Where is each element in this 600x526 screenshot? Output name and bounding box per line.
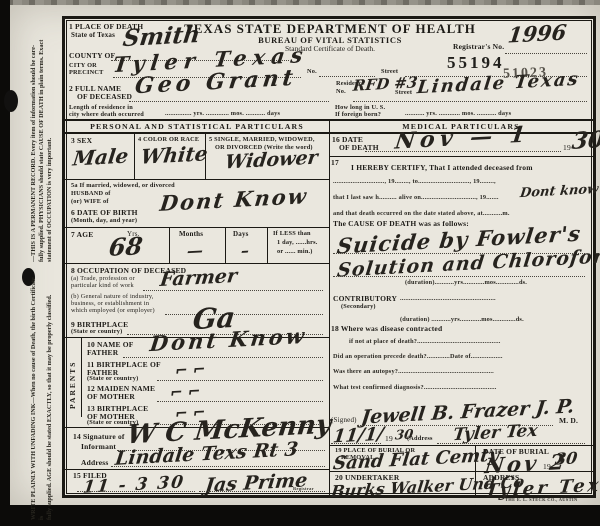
age-months-label: Months <box>179 231 203 238</box>
parents-vertical-label: PARENTS <box>68 349 77 409</box>
blank-line <box>129 100 329 102</box>
blank-line <box>437 442 585 444</box>
test-line: What test confirmed diagnosis?..........… <box>333 385 497 391</box>
if-married-label: 5a If married, widowed, or divorced <box>71 183 175 189</box>
informant-label: Informant <box>81 443 116 451</box>
age-days-label: Days <box>233 231 249 238</box>
certify-number: 17 <box>331 159 339 167</box>
death-occurred-line: and that death occurred on the date stat… <box>333 211 510 217</box>
md-label: M. D. <box>559 417 578 425</box>
signature-of-label: 14 Signature of <box>73 433 125 441</box>
burial-year-prefix: 19 <box>543 463 551 471</box>
signed-year-prefix: 19 <box>385 435 393 443</box>
blank-line <box>165 313 323 315</box>
father-name-label2: FATHER <box>87 349 118 357</box>
file-number-stamp: 55194 <box>447 54 505 71</box>
certify-text: I HEREBY CERTIFY, That I attended deceas… <box>351 164 533 172</box>
marital-handwritten: Widower <box>224 149 319 173</box>
sex-handwritten: Male <box>72 145 130 168</box>
scan-edge-bottom <box>0 505 600 526</box>
date-of-death-handwritten: Nov — 1 <box>394 123 532 152</box>
signed-label: (Signed) <box>331 417 357 424</box>
margin-note-top: —THIS IS A PERMANENT RECORD. Every item … <box>30 27 53 262</box>
age-label: 7 AGE <box>71 231 93 239</box>
wife-of-label: (or) WIFE of <box>71 199 109 205</box>
dob-label: 6 DATE OF BIRTH <box>71 209 138 217</box>
length-residence-label2: city where death occurred <box>69 112 144 118</box>
duration-blanks: (duration)...........yrs............mos.… <box>405 280 527 286</box>
dob-handwritten: Dont Know <box>159 185 310 214</box>
mother-maiden-label2: OF MOTHER <box>87 393 135 401</box>
blank-line <box>331 442 381 444</box>
cell-divider <box>267 227 268 263</box>
certificate-form: 1 PLACE OF DEATH State of Texas Smith TE… <box>62 16 596 498</box>
blank-line <box>353 100 587 102</box>
filed-date-handwritten: 11 - 3 30 <box>82 474 186 496</box>
margin-note-bottom: WRITE PLAINLY WITH UNFADING INK—When no … <box>30 275 53 520</box>
address-paren-label: (Address <box>407 436 433 442</box>
cell-divider <box>169 227 170 263</box>
operation-line: Did an operation precede death?.........… <box>333 354 503 360</box>
blank-line <box>77 490 195 492</box>
personal-section-title: PERSONAL AND STATISTICAL PARTICULARS <box>65 122 329 131</box>
scanned-death-certificate: —THIS IS A PERMANENT RECORD. Every item … <box>0 0 600 526</box>
cause-of-death-label: The CAUSE OF DEATH was as follows: <box>333 220 469 228</box>
deceased-name-handwritten: Geo Grant <box>134 67 298 98</box>
father-birthplace-ditto: ⌐ ⌐ <box>174 362 206 379</box>
row-rule <box>329 471 593 472</box>
blank-line <box>111 465 325 467</box>
registrar-no-handwritten: 1996 <box>507 21 568 45</box>
if-less-label3: or ...... min.) <box>277 249 313 255</box>
dob-sub-label: (Month, day, and year) <box>71 218 137 224</box>
blank-line <box>365 150 561 152</box>
duration2-blanks: (duration) ...........yrs............mos… <box>400 317 524 323</box>
blank-line <box>199 490 325 492</box>
certify-dates-blanks: ............................., 19.......… <box>333 179 496 185</box>
full-name-label2: OF DECEASED <box>77 93 132 101</box>
marital-label: 5 SINGLE, MARRIED, WIDOWED, <box>209 137 315 143</box>
row-rule <box>65 263 329 264</box>
no-label: No. <box>307 69 317 75</box>
if-less-label: If LESS than <box>273 231 311 237</box>
age-handwritten: 68 <box>108 234 144 260</box>
where-contracted-line2: if not at place of death?...............… <box>349 339 501 345</box>
last-saw-line: that I last saw h.......... alive on....… <box>333 195 499 201</box>
cell-divider <box>225 227 226 263</box>
husband-of-label: HUSBAND of <box>71 191 111 197</box>
dod-year-handwritten: 30 <box>571 128 600 153</box>
margin-note-line: fully supplied. PHYSICIANS should state … <box>38 27 54 262</box>
registrar-signature: Jas Prime <box>204 471 309 496</box>
blank-line <box>333 275 585 277</box>
blank-line <box>157 379 323 381</box>
father-name-handwritten: Dont Know <box>149 325 308 354</box>
secondary-label: (Secondary) <box>341 304 376 310</box>
blank-line <box>143 289 323 291</box>
dod-year-prefix: 19 <box>563 144 571 152</box>
address-label: Address <box>81 459 109 467</box>
margin-note-line: fully supplied. AGE should be stated EXA… <box>46 275 54 520</box>
city-precinct-label: PRECINCT <box>69 70 104 76</box>
cell-divider <box>134 132 135 179</box>
cell-divider <box>205 132 206 179</box>
age-days-handwritten: – <box>240 243 250 260</box>
scan-edge-left <box>0 0 10 526</box>
blank-line <box>157 400 323 402</box>
printer-imprint: THE E. L. STECK CO., AUSTIN <box>505 498 578 503</box>
father-birthplace-sub: (State or country) <box>87 376 138 382</box>
margin-note-line: WRITE PLAINLY WITH UNFADING INK—When no … <box>30 275 46 520</box>
residence-no-label: No. <box>336 89 346 95</box>
occupation-a-label2: particular kind of work <box>71 283 134 289</box>
blank-line <box>123 356 323 358</box>
how-long-us-label2: If foreign born? <box>335 112 381 118</box>
sex-label: 3 SEX <box>71 137 92 145</box>
if-less-label2: 1 day, ......hrs. <box>277 240 318 246</box>
where-contracted-label: 18 Where was disease contracted <box>331 325 442 333</box>
occupation-handwritten: Farmer <box>159 267 238 290</box>
how-long-us-blanks: ........... yrs. ............ mos. .....… <box>405 111 511 117</box>
parents-bracket <box>81 337 82 417</box>
street2-label: Street <box>395 90 412 96</box>
state-of-texas-label: State of Texas <box>71 32 115 39</box>
autopsy-line: Was there an autopsy?...................… <box>333 369 494 375</box>
occupation-b-label3: which employed (or employer) <box>71 308 155 314</box>
contributory-label: CONTRIBUTORY <box>333 295 397 303</box>
contributory-blank: ........................................… <box>400 296 496 302</box>
blank-line <box>505 52 587 54</box>
length-residence-blanks: ............... yrs. ............. mos. … <box>165 111 280 117</box>
registrar-no-label: Registrar's No. <box>453 43 504 51</box>
race-handwritten: White <box>140 143 209 167</box>
age-months-handwritten: — <box>186 243 204 260</box>
margin-note-line: —THIS IS A PERMANENT RECORD. Every item … <box>30 27 38 262</box>
row-rule <box>65 179 329 180</box>
birthplace-sub-label: (State or country) <box>71 329 122 335</box>
last-saw-handwritten: Dont know <box>519 183 599 200</box>
row-rule <box>65 227 329 228</box>
burial-year-handwritten: 30 <box>554 450 578 467</box>
ink-smudge <box>4 90 18 112</box>
county-of-label: COUNTY OF <box>69 52 115 60</box>
row-rule <box>329 156 593 157</box>
mother-maiden-ditto: ⌐ ⌐ <box>169 384 201 401</box>
